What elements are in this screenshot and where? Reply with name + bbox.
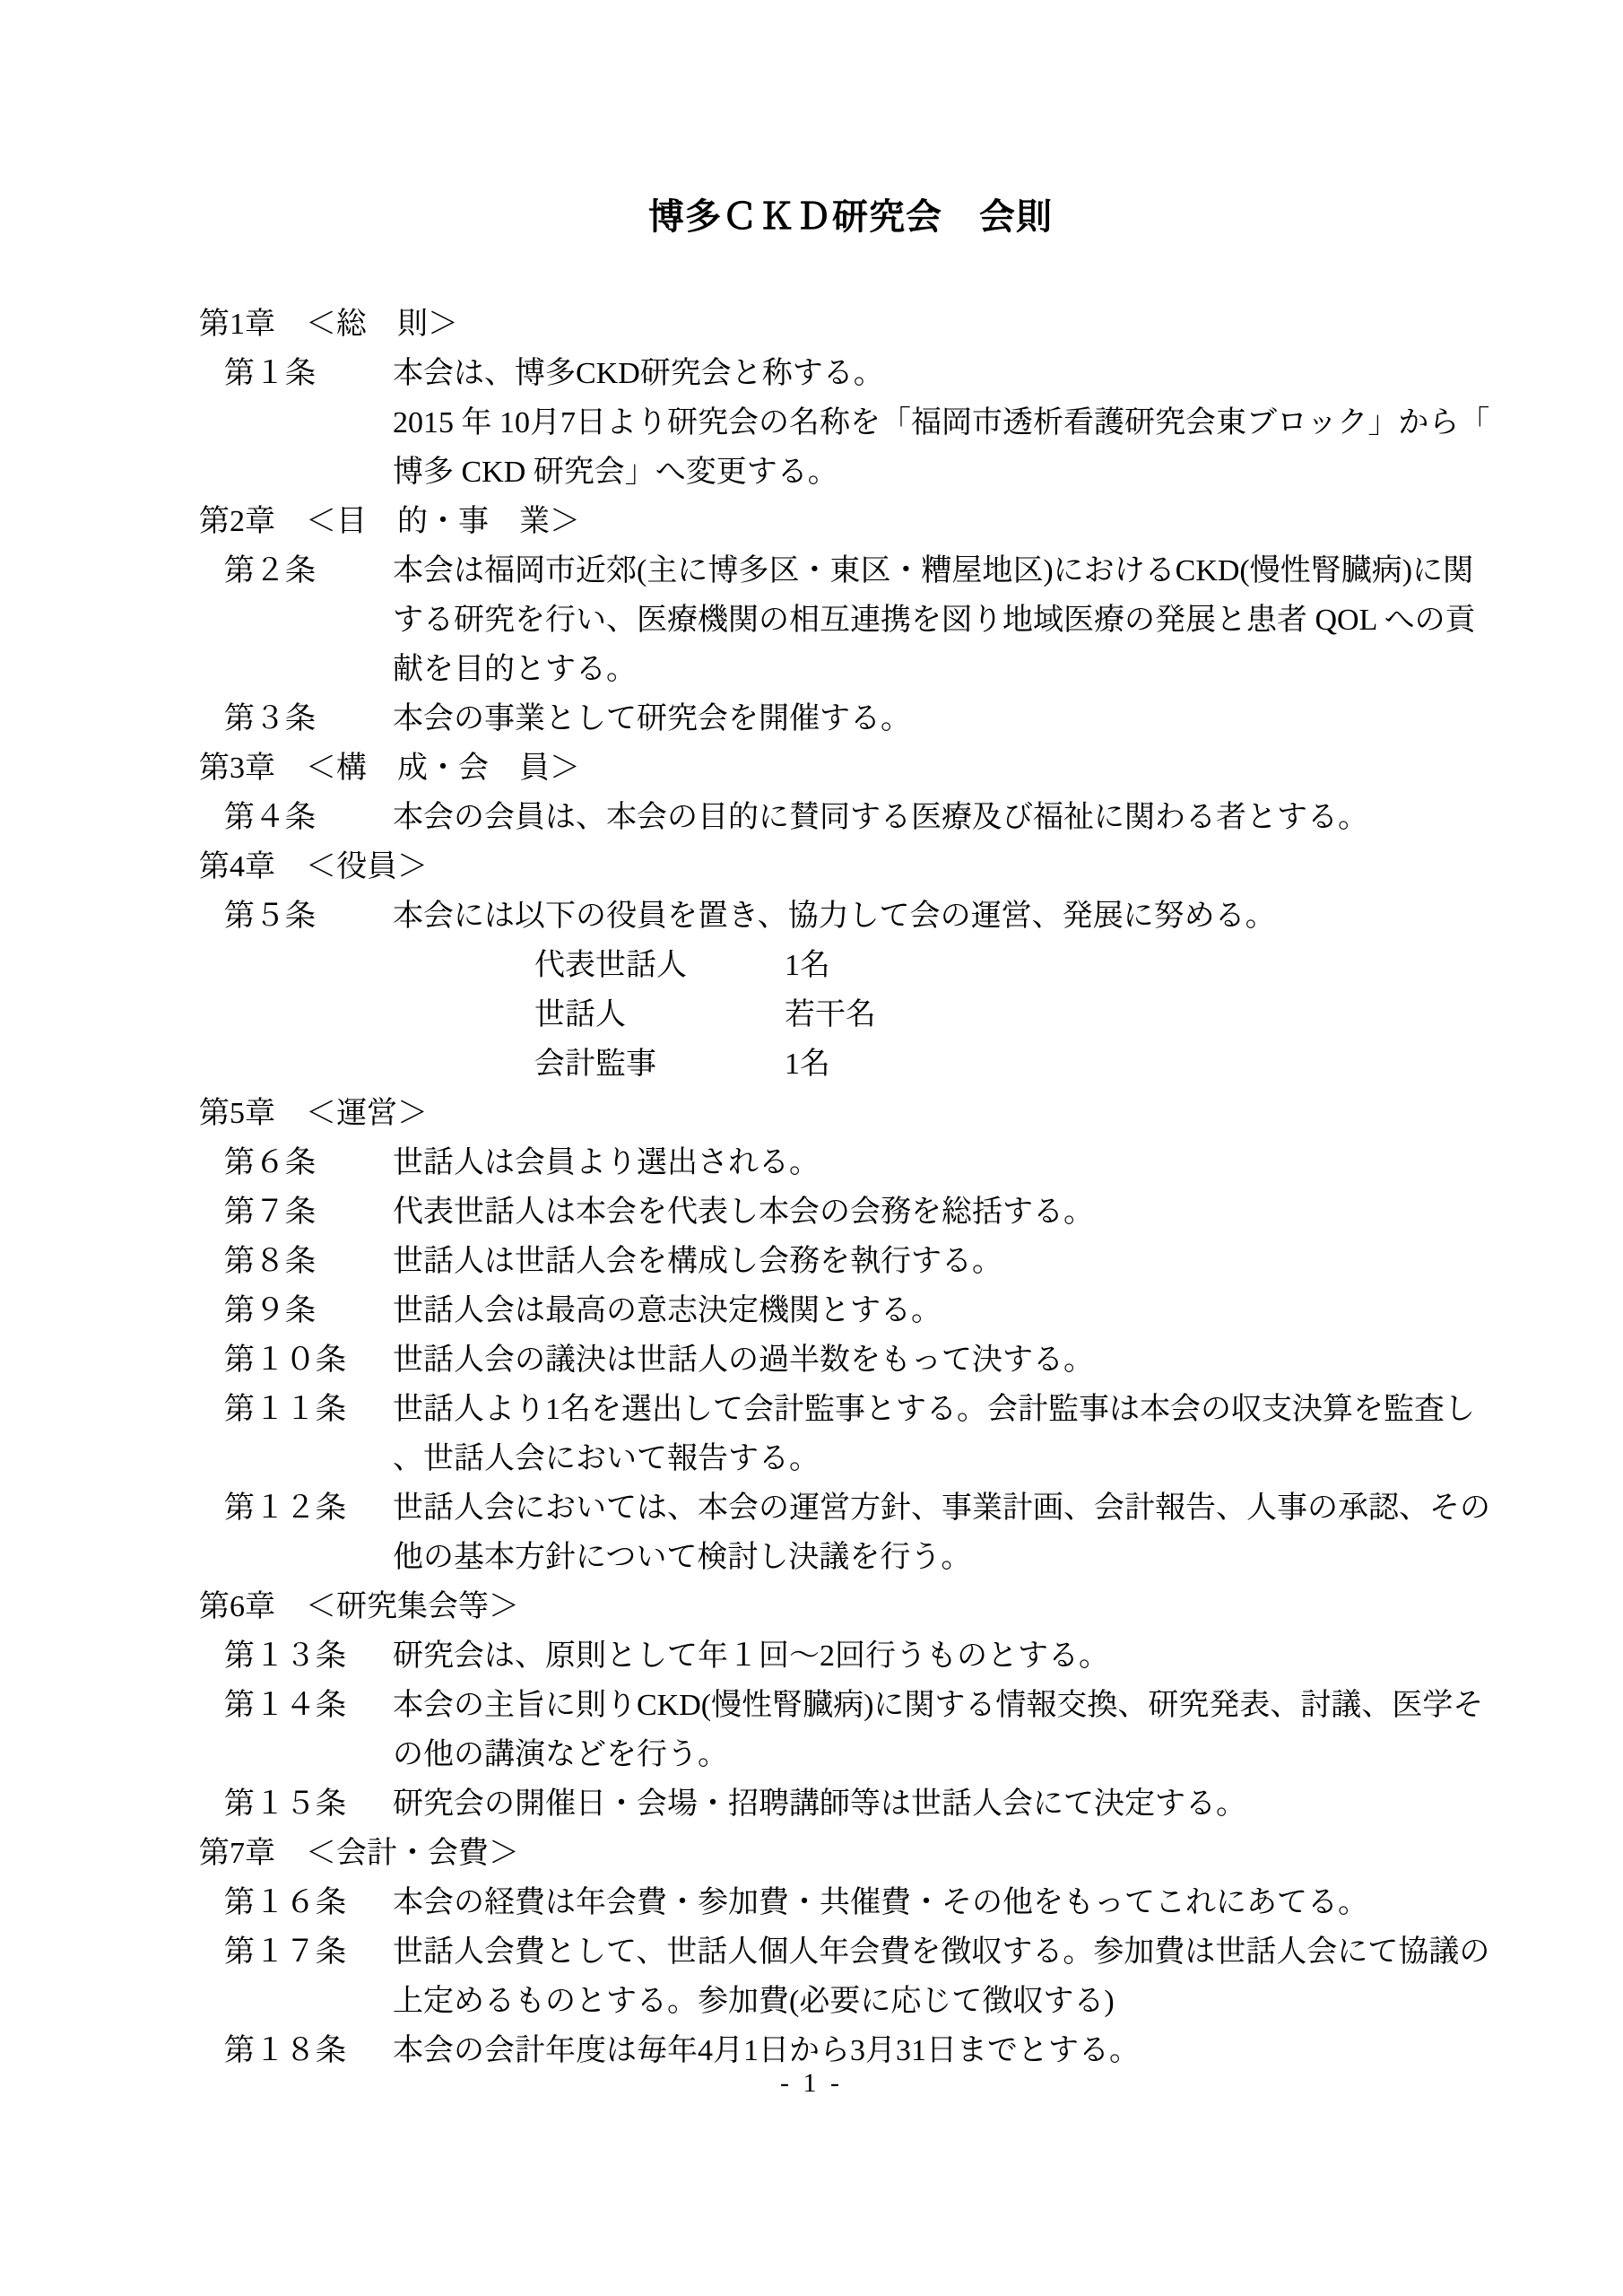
article: 第１７条 世話人会費として、世話人個人年会費を徴収する。参加費は世話人会にて協議…: [224, 1927, 1502, 2026]
article-number: 第８条: [224, 1237, 393, 1286]
article-number: 第５条: [224, 891, 393, 1089]
article-body: 世話人より1名を選出して会計監事とする。会計監事は本会の収支決算を監査し、世話人…: [393, 1385, 1502, 1483]
article-body: 世話人会の議決は世話人の過半数をもって決する。: [393, 1335, 1502, 1385]
officer-row: 会計監事 1名: [534, 1039, 1502, 1089]
chapter-heading: 第7章 ＜会計・会費＞: [199, 1829, 1502, 1878]
article: 第４条 本会の会員は、本会の目的に賛同する医療及び福祉に関わる者とする。: [224, 793, 1502, 842]
article: 第３条 本会の事業として研究会を開催する。: [224, 694, 1502, 744]
chapter-6: 第6章 ＜研究集会等＞ 第１３条 研究会は、原則として年１回〜2回行うものとする…: [199, 1582, 1502, 1829]
officer-count: 若干名: [785, 990, 876, 1039]
article-paragraph: 世話人会の議決は世話人の過半数をもって決する。: [393, 1335, 1502, 1385]
article-paragraph: 世話人会は最高の意志決定機関とする。: [393, 1286, 1502, 1335]
chapter-1: 第1章 ＜総 則＞ 第１条 本会は、博多CKD研究会と称する。 2015 年 1…: [199, 300, 1502, 497]
article-number: 第１２条: [224, 1483, 393, 1582]
article-paragraph: 世話人は会員より選出される。: [393, 1138, 1502, 1187]
article: 第１６条 本会の経費は年会費・参加費・共催費・その他をもってこれにあてる。: [224, 1878, 1502, 1927]
chapter-5: 第5章 ＜運営＞ 第６条 世話人は会員より選出される。 第７条 代表世話人は本会…: [199, 1089, 1502, 1582]
chapter-3: 第3章 ＜構 成・会 員＞ 第４条 本会の会員は、本会の目的に賛同する医療及び福…: [199, 744, 1502, 842]
article-paragraph: 本会は、博多CKD研究会と称する。: [393, 349, 1502, 398]
article-body: 世話人は世話人会を構成し会務を執行する。: [393, 1237, 1502, 1286]
article: 第６条 世話人は会員より選出される。: [224, 1138, 1502, 1187]
officer-count: 1名: [785, 1039, 830, 1089]
article-paragraph: 世話人会においては、本会の運営方針、事業計画、会計報告、人事の承認、その他の基本…: [393, 1483, 1502, 1582]
article-body: 世話人会においては、本会の運営方針、事業計画、会計報告、人事の承認、その他の基本…: [393, 1483, 1502, 1582]
chapter-heading: 第1章 ＜総 則＞: [199, 300, 1502, 349]
article: 第２条 本会は福岡市近郊(主に博多区・東区・糟屋地区)におけるCKD(慢性腎臓病…: [224, 546, 1502, 694]
article-number: 第９条: [224, 1286, 393, 1335]
article-body: 代表世話人は本会を代表し本会の会務を総括する。: [393, 1187, 1502, 1237]
article: 第１１条 世話人より1名を選出して会計監事とする。会計監事は本会の収支決算を監査…: [224, 1385, 1502, 1483]
officer-count: 1名: [785, 941, 830, 990]
officer-title: 世話人: [534, 990, 785, 1039]
officer-row: 世話人 若干名: [534, 990, 1502, 1039]
article: 第５条 本会には以下の役員を置き、協力して会の運営、発展に努める。 代表世話人 …: [224, 891, 1502, 1089]
article-number: 第１１条: [224, 1385, 393, 1483]
chapter-2: 第2章 ＜目 的・事 業＞ 第２条 本会は福岡市近郊(主に博多区・東区・糟屋地区…: [199, 497, 1502, 744]
article-body: 世話人会は最高の意志決定機関とする。: [393, 1286, 1502, 1335]
article-paragraph: 2015 年 10月7日より研究会の名称を「福岡市透析看護研究会東ブロック」から…: [393, 398, 1502, 497]
article-number: 第１５条: [224, 1779, 393, 1829]
article-paragraph: 世話人会費として、世話人個人年会費を徴収する。参加費は世話人会にて協議の上定める…: [393, 1927, 1502, 2026]
officer-row: 代表世話人 1名: [534, 941, 1502, 990]
chapter-heading: 第4章 ＜役員＞: [199, 842, 1502, 891]
chapter-4: 第4章 ＜役員＞ 第５条 本会には以下の役員を置き、協力して会の運営、発展に努め…: [199, 842, 1502, 1089]
article-body: 本会の経費は年会費・参加費・共催費・その他をもってこれにあてる。: [393, 1878, 1502, 1927]
article-body: 世話人会費として、世話人個人年会費を徴収する。参加費は世話人会にて協議の上定める…: [393, 1927, 1502, 2026]
article-body: 研究会の開催日・会場・招聘講師等は世話人会にて決定する。: [393, 1779, 1502, 1829]
article-number: 第１３条: [224, 1631, 393, 1681]
article: 第１５条 研究会の開催日・会場・招聘講師等は世話人会にて決定する。: [224, 1779, 1502, 1829]
article-paragraph: 本会の主旨に則りCKD(慢性腎臓病)に関する情報交換、研究発表、討議、医学その他…: [393, 1681, 1502, 1779]
article-body: 本会には以下の役員を置き、協力して会の運営、発展に努める。 代表世話人 1名 世…: [393, 891, 1502, 1089]
article-paragraph: 研究会の開催日・会場・招聘講師等は世話人会にて決定する。: [393, 1779, 1502, 1829]
article-number: 第４条: [224, 793, 393, 842]
article-body: 世話人は会員より選出される。: [393, 1138, 1502, 1187]
page-number: - 1 -: [0, 2066, 1623, 2101]
article-number: 第１７条: [224, 1927, 393, 2026]
chapter-heading: 第2章 ＜目 的・事 業＞: [199, 497, 1502, 546]
article-paragraph: 本会の会員は、本会の目的に賛同する医療及び福祉に関わる者とする。: [393, 793, 1502, 842]
article: 第１２条 世話人会においては、本会の運営方針、事業計画、会計報告、人事の承認、そ…: [224, 1483, 1502, 1582]
article: 第７条 代表世話人は本会を代表し本会の会務を総括する。: [224, 1187, 1502, 1237]
article: 第１０条 世話人会の議決は世話人の過半数をもって決する。: [224, 1335, 1502, 1385]
article-number: 第１４条: [224, 1681, 393, 1779]
chapter-heading: 第5章 ＜運営＞: [199, 1089, 1502, 1138]
article-body: 本会の会員は、本会の目的に賛同する医療及び福祉に関わる者とする。: [393, 793, 1502, 842]
article-body: 本会は福岡市近郊(主に博多区・東区・糟屋地区)におけるCKD(慢性腎臓病)に関す…: [393, 546, 1502, 694]
article: 第９条 世話人会は最高の意志決定機関とする。: [224, 1286, 1502, 1335]
article: 第１条 本会は、博多CKD研究会と称する。 2015 年 10月7日より研究会の…: [224, 349, 1502, 497]
officer-title: 会計監事: [534, 1039, 785, 1089]
chapter-heading: 第6章 ＜研究集会等＞: [199, 1582, 1502, 1631]
article-body: 本会の事業として研究会を開催する。: [393, 694, 1502, 744]
article-paragraph: 世話人より1名を選出して会計監事とする。会計監事は本会の収支決算を監査し、世話人…: [393, 1385, 1502, 1483]
article-paragraph: 世話人は世話人会を構成し会務を執行する。: [393, 1237, 1502, 1286]
chapter-7: 第7章 ＜会計・会費＞ 第１６条 本会の経費は年会費・参加費・共催費・その他をも…: [199, 1829, 1502, 2075]
document-title: 博多ＣＫＤ研究会 会則: [199, 192, 1502, 241]
article-paragraph: 本会は福岡市近郊(主に博多区・東区・糟屋地区)におけるCKD(慢性腎臓病)に関す…: [393, 546, 1502, 694]
article-body: 本会は、博多CKD研究会と称する。 2015 年 10月7日より研究会の名称を「…: [393, 349, 1502, 497]
article-body: 研究会は、原則として年１回〜2回行うものとする。: [393, 1631, 1502, 1681]
article: 第１４条 本会の主旨に則りCKD(慢性腎臓病)に関する情報交換、研究発表、討議、…: [224, 1681, 1502, 1779]
article: 第８条 世話人は世話人会を構成し会務を執行する。: [224, 1237, 1502, 1286]
article-paragraph: 代表世話人は本会を代表し本会の会務を総括する。: [393, 1187, 1502, 1237]
article-body: 本会の主旨に則りCKD(慢性腎臓病)に関する情報交換、研究発表、討議、医学その他…: [393, 1681, 1502, 1779]
article-number: 第３条: [224, 694, 393, 744]
document-page: 博多ＣＫＤ研究会 会則 第1章 ＜総 則＞ 第１条 本会は、博多CKD研究会と称…: [0, 0, 1623, 2296]
article: 第１３条 研究会は、原則として年１回〜2回行うものとする。: [224, 1631, 1502, 1681]
article-paragraph: 本会の経費は年会費・参加費・共催費・その他をもってこれにあてる。: [393, 1878, 1502, 1927]
article-number: 第７条: [224, 1187, 393, 1237]
article-paragraph: 本会には以下の役員を置き、協力して会の運営、発展に努める。: [393, 891, 1502, 941]
article-number: 第１６条: [224, 1878, 393, 1927]
article-number: 第６条: [224, 1138, 393, 1187]
article-number: 第２条: [224, 546, 393, 694]
article-number: 第１条: [224, 349, 393, 497]
chapter-heading: 第3章 ＜構 成・会 員＞: [199, 744, 1502, 793]
officer-title: 代表世話人: [534, 941, 785, 990]
article-paragraph: 本会の事業として研究会を開催する。: [393, 694, 1502, 744]
article-paragraph: 研究会は、原則として年１回〜2回行うものとする。: [393, 1631, 1502, 1681]
article-number: 第１０条: [224, 1335, 393, 1385]
